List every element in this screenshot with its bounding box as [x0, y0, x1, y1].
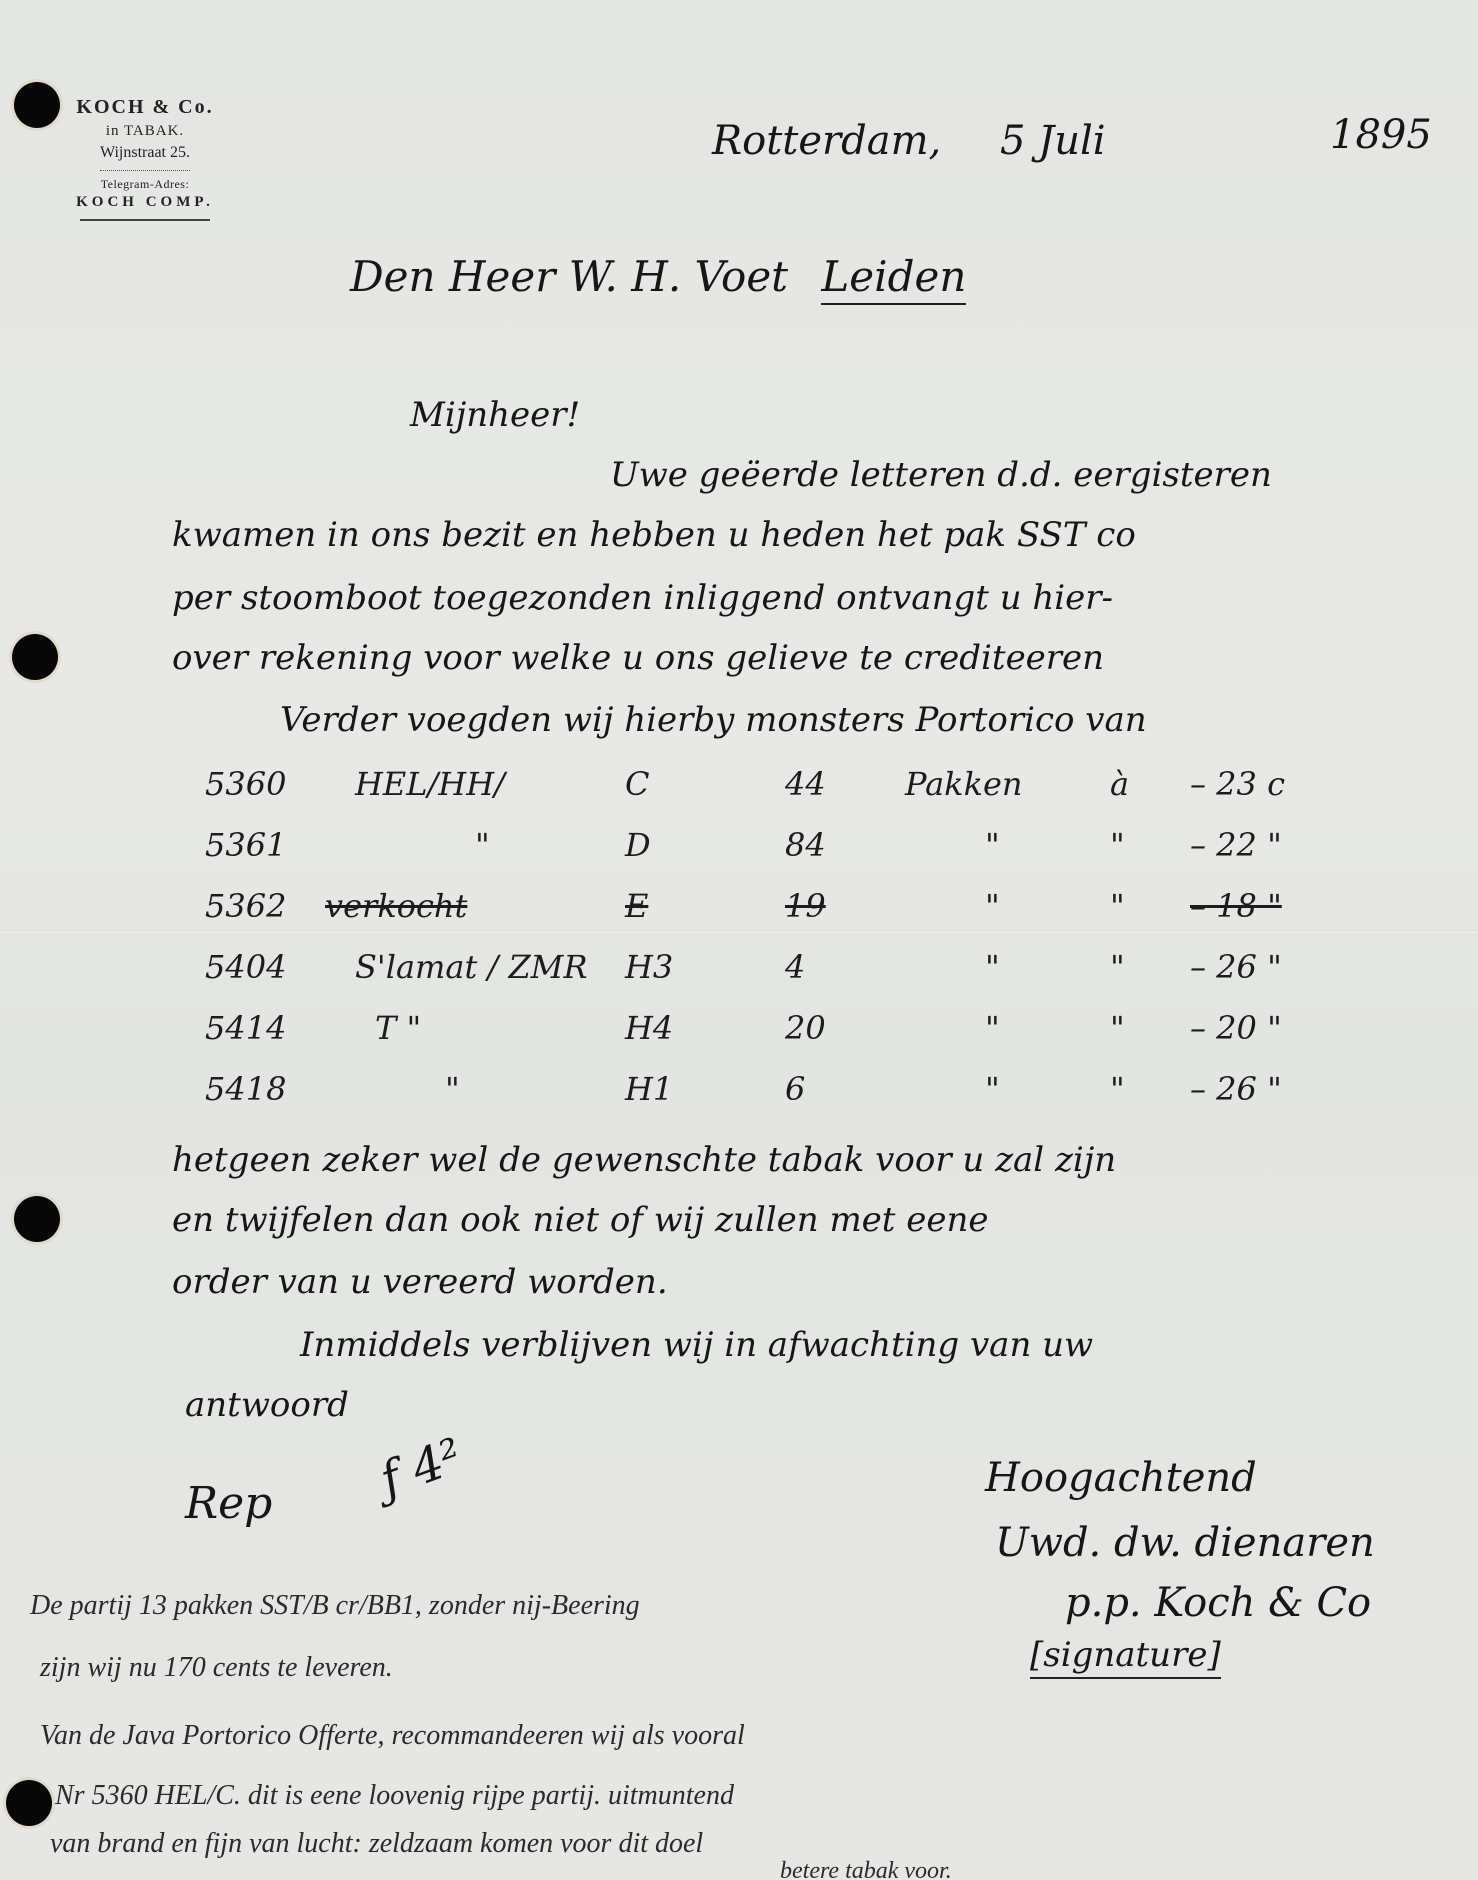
lot-number: 5361	[205, 826, 286, 864]
pencil-note-line: Nr 5360 HEL/C. dit is eene loovenig rijp…	[55, 1780, 734, 1812]
body-line: hetgeen zeker wel de gewenschte tabak vo…	[172, 1140, 1116, 1180]
divider	[100, 170, 190, 171]
lot-at: "	[1110, 1070, 1125, 1108]
amount-annotation: ƒ 4²	[373, 1428, 470, 1509]
lot-unit: "	[985, 887, 1000, 925]
lot-qty: 44	[785, 765, 826, 803]
lot-price: – 22 "	[1190, 826, 1282, 864]
lot-number: 5362	[205, 887, 286, 925]
table-row: 5404 S'lamat / ZMR H3 4 " " – 26 "	[205, 948, 1425, 1009]
lot-grade: C	[625, 765, 649, 803]
body-line: Verder voegden wij hierby monsters Porto…	[280, 700, 1147, 740]
punch-hole	[12, 634, 58, 680]
body-line: en twijfelen dan ook niet of wij zullen …	[172, 1200, 989, 1240]
lot-price: – 26 "	[1190, 948, 1282, 986]
lot-mark: verkocht	[325, 887, 467, 925]
table-row: 5362 verkocht E 19 " " – 18 "	[205, 887, 1425, 948]
addressee: Den Heer W. H. Voet Leiden	[350, 252, 966, 301]
lot-qty: 4	[785, 948, 805, 986]
lot-mark: HEL/HH/	[355, 765, 505, 803]
company-trade: in TABAK.	[40, 123, 250, 140]
dateline-place: Rotterdam,	[712, 118, 941, 164]
pencil-note-line: De partij 13 pakken SST/B cr/BB1, zonder…	[30, 1590, 640, 1622]
punch-hole	[14, 1196, 60, 1242]
addressee-name: Den Heer W. H. Voet	[350, 252, 788, 301]
letterhead: KOCH & Co. in TABAK. Wijnstraat 25. Tele…	[40, 96, 250, 221]
lot-price: – 18 "	[1190, 887, 1282, 925]
lot-unit: "	[985, 1070, 1000, 1108]
table-row: 5414 T " H4 20 " " – 20 "	[205, 1009, 1425, 1070]
rep-annotation: Rep	[185, 1478, 272, 1529]
addressee-city: Leiden	[821, 252, 966, 305]
lot-qty: 6	[785, 1070, 805, 1108]
lot-number: 5360	[205, 765, 286, 803]
telegram-label: Telegram-Adres:	[40, 177, 250, 192]
lot-unit: Pakken	[905, 765, 1023, 803]
body-line: antwoord	[185, 1385, 349, 1425]
lot-grade: H4	[625, 1009, 673, 1047]
signature-company: p.p. Koch & Co	[1065, 1580, 1371, 1626]
lot-price: – 26 "	[1190, 1070, 1282, 1108]
lot-mark: S'lamat / ZMR	[355, 948, 588, 986]
lot-grade: D	[625, 826, 651, 864]
lot-price: – 23 c	[1190, 765, 1285, 803]
lot-qty: 84	[785, 826, 826, 864]
body-line: Uwe geëerde letteren d.d. eergisteren	[610, 455, 1272, 495]
lot-mark: "	[475, 826, 490, 864]
lot-mark: T "	[375, 1009, 421, 1047]
lot-number: 5414	[205, 1009, 286, 1047]
lot-at: à	[1110, 765, 1129, 803]
dateline-date: 5 Juli	[1000, 118, 1106, 164]
table-row: 5418 " H1 6 " " – 26 "	[205, 1070, 1425, 1131]
samples-table: 5360 HEL/HH/ C 44 Pakken à – 23 c 5361 "…	[205, 765, 1425, 1131]
body-line: per stoomboot toegezonden inliggend ontv…	[172, 578, 1113, 618]
table-row: 5361 " D 84 " " – 22 "	[205, 826, 1425, 887]
pencil-note-line: van brand en fijn van lucht: zeldzaam ko…	[50, 1828, 703, 1860]
lot-qty: 20	[785, 1009, 826, 1047]
company-name: KOCH & Co.	[40, 96, 250, 119]
lot-unit: "	[985, 948, 1000, 986]
lot-grade: H1	[625, 1070, 673, 1108]
punch-hole	[6, 1780, 52, 1826]
salutation: Mijnheer!	[410, 395, 580, 435]
pencil-note-line: zijn wij nu 170 cents te leveren.	[40, 1652, 393, 1684]
lot-number: 5418	[205, 1070, 286, 1108]
pencil-note-line: Van de Java Portorico Offerte, recommand…	[40, 1720, 745, 1752]
closing-line: Hoogachtend	[985, 1455, 1257, 1501]
lot-price: – 20 "	[1190, 1009, 1282, 1047]
lot-number: 5404	[205, 948, 286, 986]
body-line: order van u vereerd worden.	[172, 1262, 668, 1302]
lot-at: "	[1110, 948, 1125, 986]
lot-at: "	[1110, 826, 1125, 864]
signature: [signature]	[1030, 1635, 1221, 1679]
dateline-year: 1895	[1330, 112, 1432, 158]
lot-unit: "	[985, 826, 1000, 864]
body-line: Inmiddels verblijven wij in afwachting v…	[300, 1325, 1093, 1365]
lot-at: "	[1110, 1009, 1125, 1047]
company-address: Wijnstraat 25.	[40, 144, 250, 162]
body-line: over rekening voor welke u ons gelieve t…	[172, 638, 1104, 678]
lot-qty: 19	[785, 887, 826, 925]
lot-grade: E	[625, 887, 648, 925]
divider	[80, 219, 210, 221]
body-line: kwamen in ons bezit en hebben u heden he…	[172, 515, 1136, 555]
closing-line: Uwd. dw. dienaren	[995, 1520, 1375, 1566]
lot-grade: H3	[625, 948, 673, 986]
lot-unit: "	[985, 1009, 1000, 1047]
lot-mark: "	[445, 1070, 460, 1108]
telegram-name: KOCH COMP.	[40, 194, 250, 211]
lot-at: "	[1110, 887, 1125, 925]
table-row: 5360 HEL/HH/ C 44 Pakken à – 23 c	[205, 765, 1425, 826]
pencil-note-line: betere tabak voor.	[780, 1858, 952, 1880]
